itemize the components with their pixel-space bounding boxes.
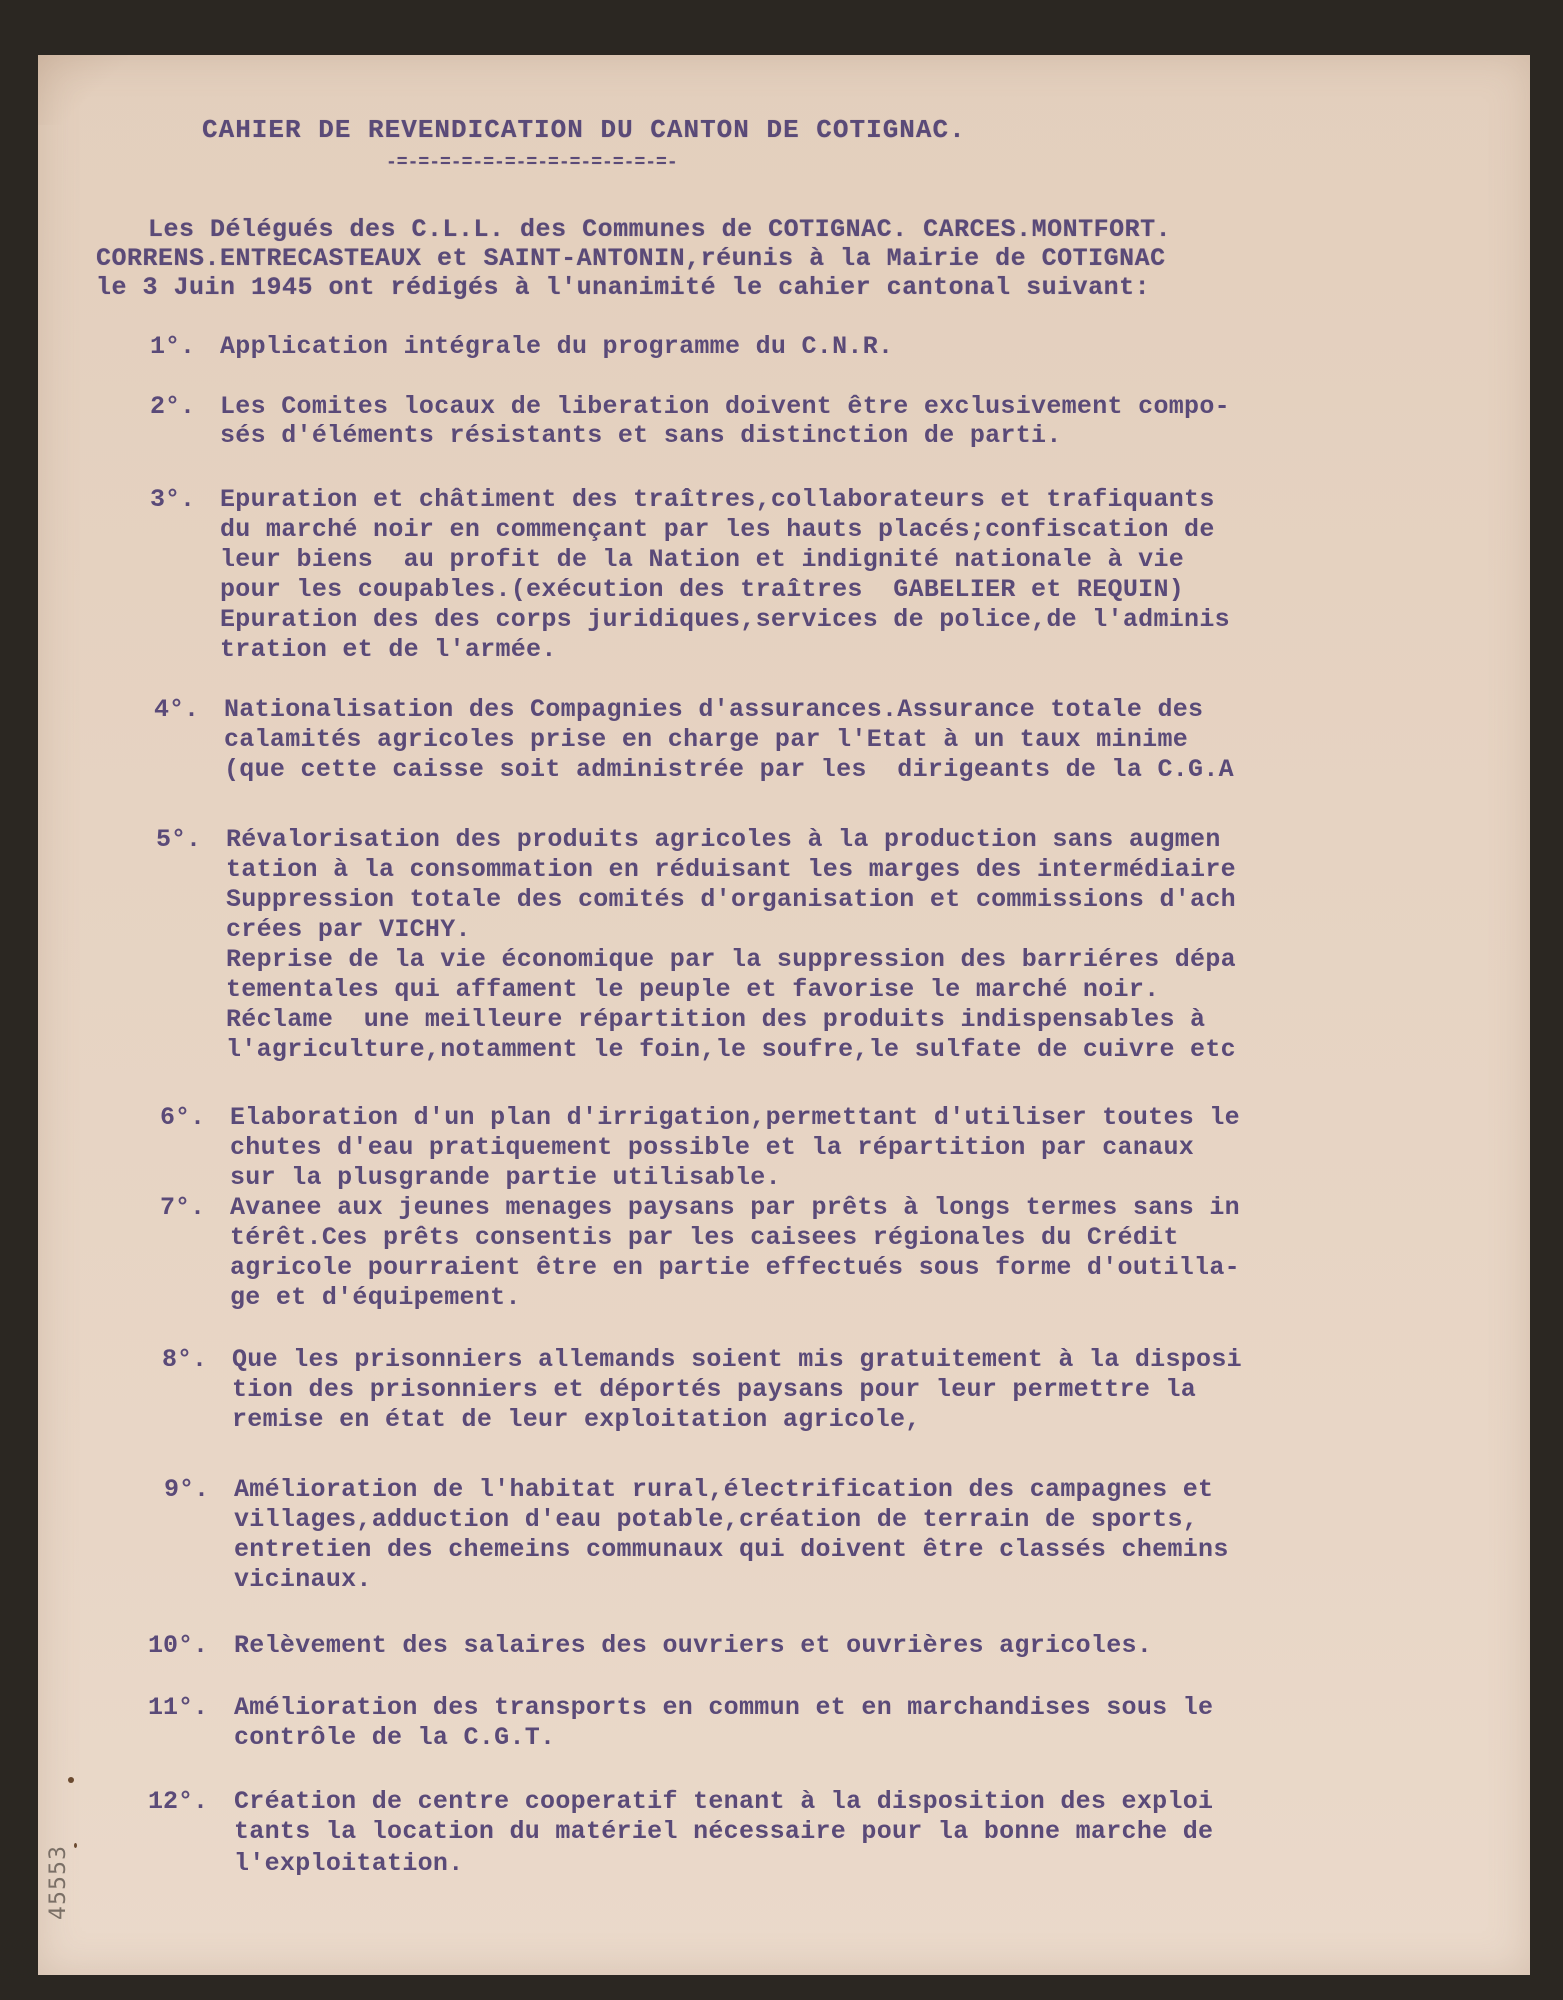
item-line: Relèvement des salaires des ouvriers et … (234, 1631, 1152, 1660)
intro-line-2: CORRENS.ENTRECASTEAUX et SAINT-ANTONIN,r… (96, 244, 1166, 273)
item-line: l'exploitation. (234, 1849, 464, 1878)
item-line: tion des prisonniers et déportés paysans… (232, 1375, 1196, 1404)
item-line: l'agriculture,notamment le foin,le soufr… (226, 1035, 1236, 1064)
item-line: tementales qui affament le peuple et fav… (226, 975, 1159, 1004)
item-line: Amélioration de l'habitat rural,électrif… (234, 1475, 1213, 1504)
item-line: tants la location du matériel nécessaire… (234, 1817, 1213, 1846)
item-line: ge et d'équipement. (230, 1283, 521, 1312)
item-line: Reprise de la vie économique par la supp… (226, 945, 1236, 974)
item-line: tation à la consommation en réduisant le… (226, 855, 1236, 884)
item-line: pour les coupables.(exécution des traîtr… (220, 575, 1184, 604)
item-line: térêt.Ces prêts consentis par les caisee… (230, 1223, 1179, 1252)
item-line: vicinaux. (234, 1565, 372, 1594)
item-line: du marché noir en commençant par les hau… (220, 515, 1215, 544)
item-number: 3°. (150, 485, 195, 514)
item-line: Application intégrale du programme du C.… (220, 332, 893, 361)
item-number: 9°. (164, 1475, 209, 1504)
intro-line-1: Les Délégués des C.L.L. des Communes de … (148, 215, 1171, 244)
item-line: entretien des chemeins communaux qui doi… (234, 1535, 1229, 1564)
item-number: 10°. (148, 1631, 208, 1660)
item-number: 11°. (148, 1693, 208, 1722)
item-number: 4°. (154, 695, 199, 724)
item-line: (que cette caisse soit administrée par l… (224, 755, 1234, 784)
item-line: contrôle de la C.G.T. (234, 1723, 555, 1752)
item-line: Epuration et châtiment des traîtres,coll… (220, 485, 1215, 514)
item-line: Elaboration d'un plan d'irrigation,perme… (230, 1103, 1240, 1132)
ink-speck (74, 1843, 77, 1848)
item-line: Réclame une meilleure répartition des pr… (226, 1005, 1205, 1034)
item-number: 2°. (150, 392, 195, 421)
item-line: agricole pourraient être en partie effec… (230, 1253, 1240, 1282)
item-number: 8°. (162, 1345, 207, 1374)
item-number: 7°. (160, 1193, 205, 1222)
title-underline-rule: -=-=-=-=-=-=-=-=-=-=-=-=-=- (386, 153, 678, 173)
item-line: Avanee aux jeunes menages paysans par pr… (230, 1193, 1240, 1222)
item-line: tration et de l'armée. (220, 635, 557, 664)
item-number: 5°. (156, 825, 201, 854)
item-line: chutes d'eau pratiquement possible et la… (230, 1133, 1194, 1162)
ink-speck (68, 1777, 74, 1783)
item-line: remise en état de leur exploitation agri… (232, 1405, 921, 1434)
item-number: 6°. (160, 1103, 205, 1132)
item-line: Création de centre cooperatif tenant à l… (234, 1787, 1213, 1816)
item-line: Nationalisation des Compagnies d'assuran… (224, 695, 1203, 724)
item-number: 1°. (150, 332, 195, 361)
item-line: Les Comites locaux de liberation doivent… (220, 392, 1230, 421)
item-line: Amélioration des transports en commun et… (234, 1693, 1213, 1722)
item-line: villages,adduction d'eau potable,créatio… (234, 1505, 1198, 1534)
item-line: sés d'éléments résistants et sans distin… (220, 421, 1062, 450)
archive-number: 45553 (46, 1845, 71, 1920)
item-line: Epuration des des corps juridiques,servi… (220, 605, 1230, 634)
item-number: 12°. (148, 1787, 208, 1816)
intro-line-3: le 3 Juin 1945 ont rédigés à l'unanimité… (96, 273, 1150, 302)
item-line: Révalorisation des produits agricoles à … (226, 825, 1221, 854)
item-line: crées par VICHY. (226, 915, 471, 944)
item-line: Suppression totale des comités d'organis… (226, 885, 1236, 914)
item-line: sur la plusgrande partie utilisable. (230, 1163, 781, 1192)
document-page: CAHIER DE REVENDICATION DU CANTON DE COT… (38, 55, 1530, 1975)
item-line: calamités agricoles prise en charge par … (224, 725, 1188, 754)
item-line: leur biens au profit de la Nation et ind… (220, 545, 1184, 574)
document-title: CAHIER DE REVENDICATION DU CANTON DE COT… (202, 115, 966, 145)
item-line: Que les prisonniers allemands soient mis… (232, 1345, 1242, 1374)
